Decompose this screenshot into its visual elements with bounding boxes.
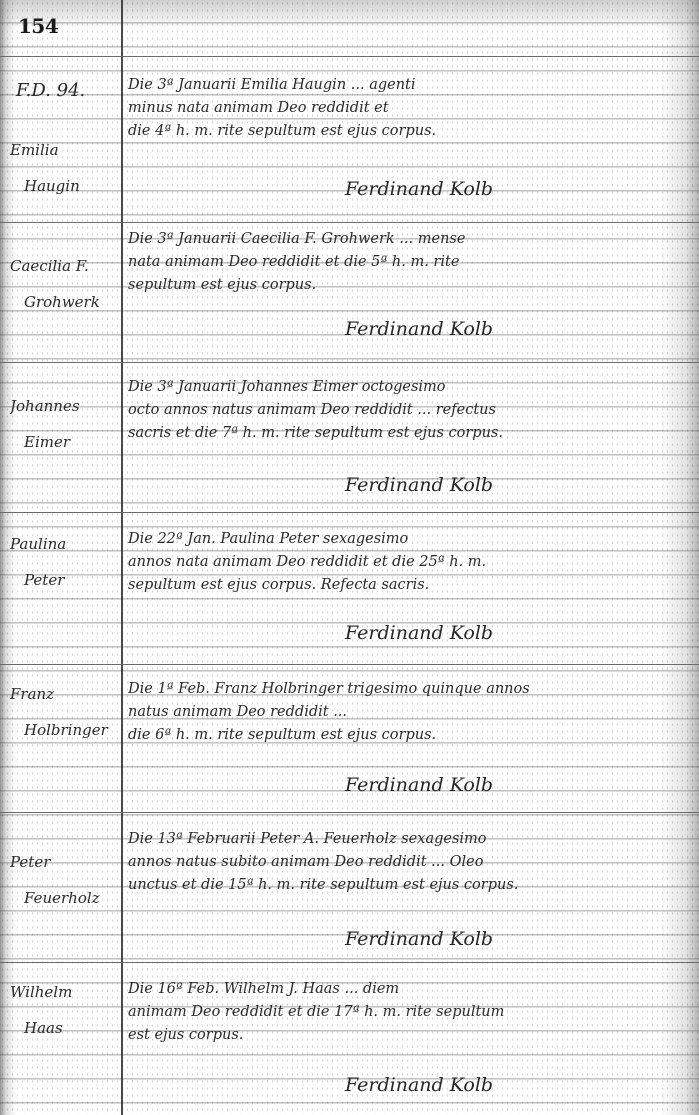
signature: Ferdinand Kolb (345, 774, 493, 796)
signature: Ferdinand Kolb (345, 928, 493, 950)
entry-text: Die 3ª Januarii Emilia Haugin ... agenti… (128, 74, 668, 143)
entry-separator (0, 512, 699, 513)
signature: Ferdinand Kolb (345, 318, 493, 340)
page-number: 154 (18, 14, 58, 38)
entry-text: Die 3ª Januarii Caecilia F. Grohwerk ...… (128, 228, 668, 297)
entry-separator (0, 222, 699, 223)
entry-separator (0, 962, 699, 963)
entry-name: Emilia Haugin (10, 132, 118, 204)
entry-text: Die 1ª Feb. Franz Holbringer trigesimo q… (128, 678, 668, 747)
entry-separator (0, 664, 699, 665)
entry-name: Franz Holbringer (10, 676, 118, 748)
entry-separator (0, 812, 699, 813)
entry-separator (0, 56, 699, 57)
entry-name: Johannes Eimer (10, 388, 118, 460)
entry-name: Paulina Peter (10, 526, 118, 598)
signature: Ferdinand Kolb (345, 1074, 493, 1096)
entry-text: Die 13ª Februarii Peter A. Feuerholz sex… (128, 828, 668, 897)
margin-note: F.D. 94. (16, 80, 85, 101)
column-divider (121, 0, 123, 1115)
signature: Ferdinand Kolb (345, 474, 493, 496)
signature: Ferdinand Kolb (345, 622, 493, 644)
entry-text: Die 3ª Januarii Johannes Eimer octogesim… (128, 376, 668, 445)
entry-text: Die 22ª Jan. Paulina Peter sexagesimo an… (128, 528, 668, 597)
entry-name: Caecilia F. Grohwerk (10, 248, 118, 320)
register-page: 154 F.D. 94. Emilia Haugin Die 3ª Januar… (0, 0, 699, 1115)
entry-separator (0, 362, 699, 363)
entry-name: Wilhelm Haas (10, 974, 118, 1046)
entry-text: Die 16ª Feb. Wilhelm J. Haas ... diem an… (128, 978, 668, 1047)
entry-name: Peter Feuerholz (10, 844, 118, 916)
signature: Ferdinand Kolb (345, 178, 493, 200)
